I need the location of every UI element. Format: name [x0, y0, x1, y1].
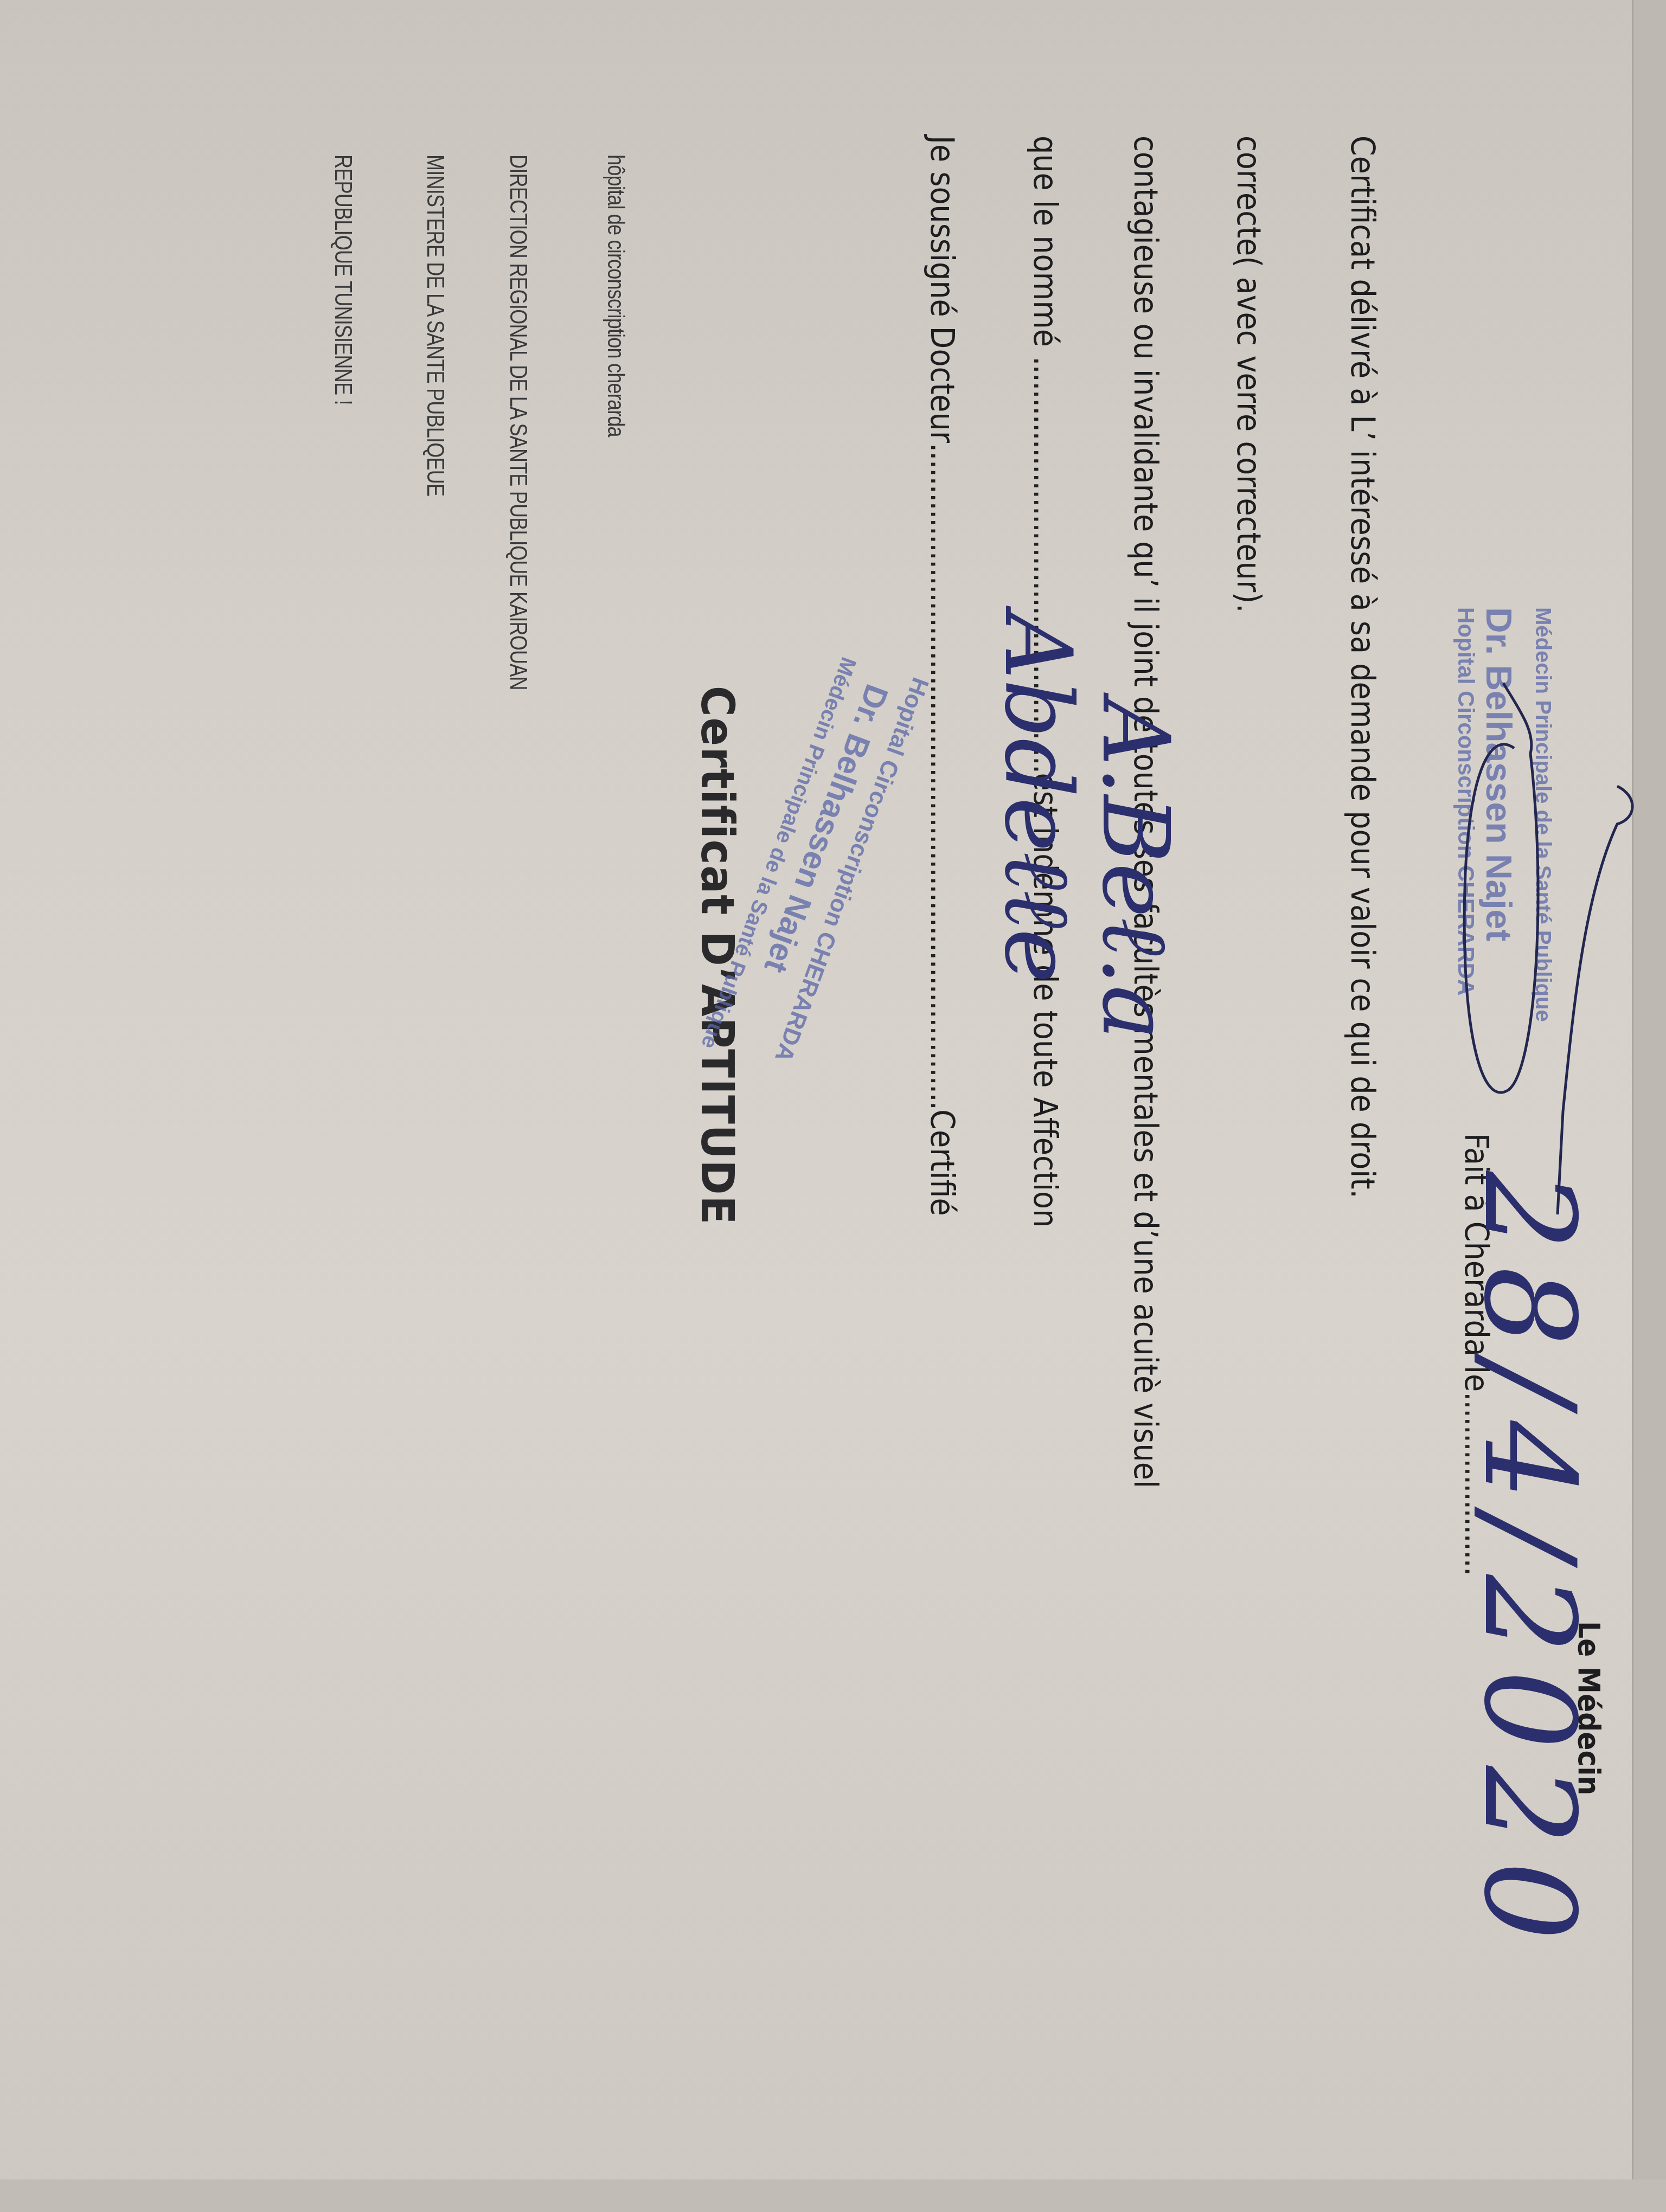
- doctor-label: Je soussigné Docteur: [923, 136, 961, 443]
- body-line-doctor: Je soussigné Docteur....................…: [923, 136, 961, 1216]
- certified-label: Certifié: [923, 1109, 961, 1216]
- doctor-signature: [1449, 623, 1639, 1220]
- header-direction: DIRECTION REGIONAL DE LA SANTE PUBLIQUE …: [504, 155, 531, 690]
- body-line-5: Certificat délivré à L’ intéressé à sa d…: [1343, 136, 1381, 1199]
- paper-edge-left: [0, 2179, 1666, 2212]
- header-republic: REPUBLIQUE TUNISIENNE !: [329, 155, 356, 405]
- body-line-4: correcte( avec verre correcteur).: [1229, 136, 1267, 613]
- handwritten-date: 28/4/2020: [1456, 1171, 1601, 1957]
- handwritten-patient-name-1: Abdeℓℓe: [984, 613, 1091, 983]
- signatory-label: Le Médecin: [1571, 1621, 1606, 1795]
- header-hospital: hôpital de circonscription cherarda: [602, 155, 629, 437]
- certificate-page: REPUBLIQUE TUNISIENNE ! MINISTERE DE LA …: [0, 0, 1666, 2212]
- header-ministry: MINISTERE DE LA SANTE PUBLIQEUE: [421, 155, 448, 496]
- doctor-name-field: ........................................…: [923, 443, 961, 1109]
- patient-label: que le nommé: [1026, 136, 1064, 356]
- handwritten-patient-name-2: A.Beℓ.a: [1081, 699, 1189, 1040]
